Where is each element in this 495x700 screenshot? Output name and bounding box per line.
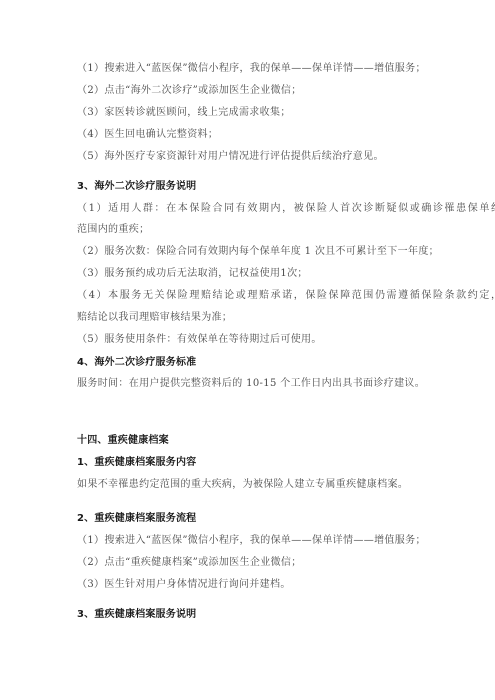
section-heading: 2、重疾健康档案服务流程 xyxy=(77,513,196,525)
note-1-cont: 范围内的重疾； xyxy=(77,224,149,236)
note-4: （4）本服务无关保险理赔结论或理赔承诺，保险保障范围仍需遵循保险条款约定，理 xyxy=(77,290,495,302)
process-step-3: （3）医生针对用户身体情况进行询问并建档。 xyxy=(77,579,291,591)
service-content: 如果不幸罹患约定范围的重大疾病，为被保险人建立专属重疾健康档案。 xyxy=(77,479,408,491)
section-heading: 3、重疾健康档案服务说明 xyxy=(77,609,196,621)
process-step-5: （5）海外医疗专家资源针对用户情况进行评估提供后续治疗意见。 xyxy=(77,151,384,163)
process-step-2: （2）点击“重疾健康档案”或添加医生企业微信； xyxy=(77,557,302,569)
process-step-1: （1）搜索进入“蓝医保”微信小程序，我的保单——保单详情——增值服务； xyxy=(77,63,426,75)
chapter-title: 十四、重疾健康档案 xyxy=(77,435,169,447)
section-heading: 1、重疾健康档案服务内容 xyxy=(77,457,196,469)
note-4-cont: 赔结论以我司理赔审核结果为准； xyxy=(77,312,232,324)
process-step-3: （3）家医转诊就医顾问，线上完成需求收集； xyxy=(77,107,291,119)
note-2: （2）服务次数：保险合同有效期内每个保单年度 1 次且不可累计至下一年度； xyxy=(77,246,439,258)
section-heading: 4、海外二次诊疗服务标准 xyxy=(77,357,196,369)
process-step-1: （1）搜索进入“蓝医保”微信小程序，我的保单——保单详情——增值服务； xyxy=(77,535,426,547)
service-standard: 服务时间：在用户提供完整资料后的 10-15 个工作日内出具书面诊疗建议。 xyxy=(77,378,425,390)
note-5: （5）服务使用条件：有效保单在等待期过后可使用。 xyxy=(77,334,322,346)
process-step-2: （2）点击“海外二次诊疗”或添加医生企业微信； xyxy=(77,85,302,97)
process-step-4: （4）医生回电确认完整资料； xyxy=(77,129,218,141)
note-3: （3）服务预约成功后无法取消，记权益使用1次； xyxy=(77,268,308,280)
note-1: （1）适用人群：在本保险合同有效期内，被保险人首次诊断疑似或确诊罹患保单约定 xyxy=(77,203,495,215)
section-heading: 3、海外二次诊疗服务说明 xyxy=(77,181,196,193)
